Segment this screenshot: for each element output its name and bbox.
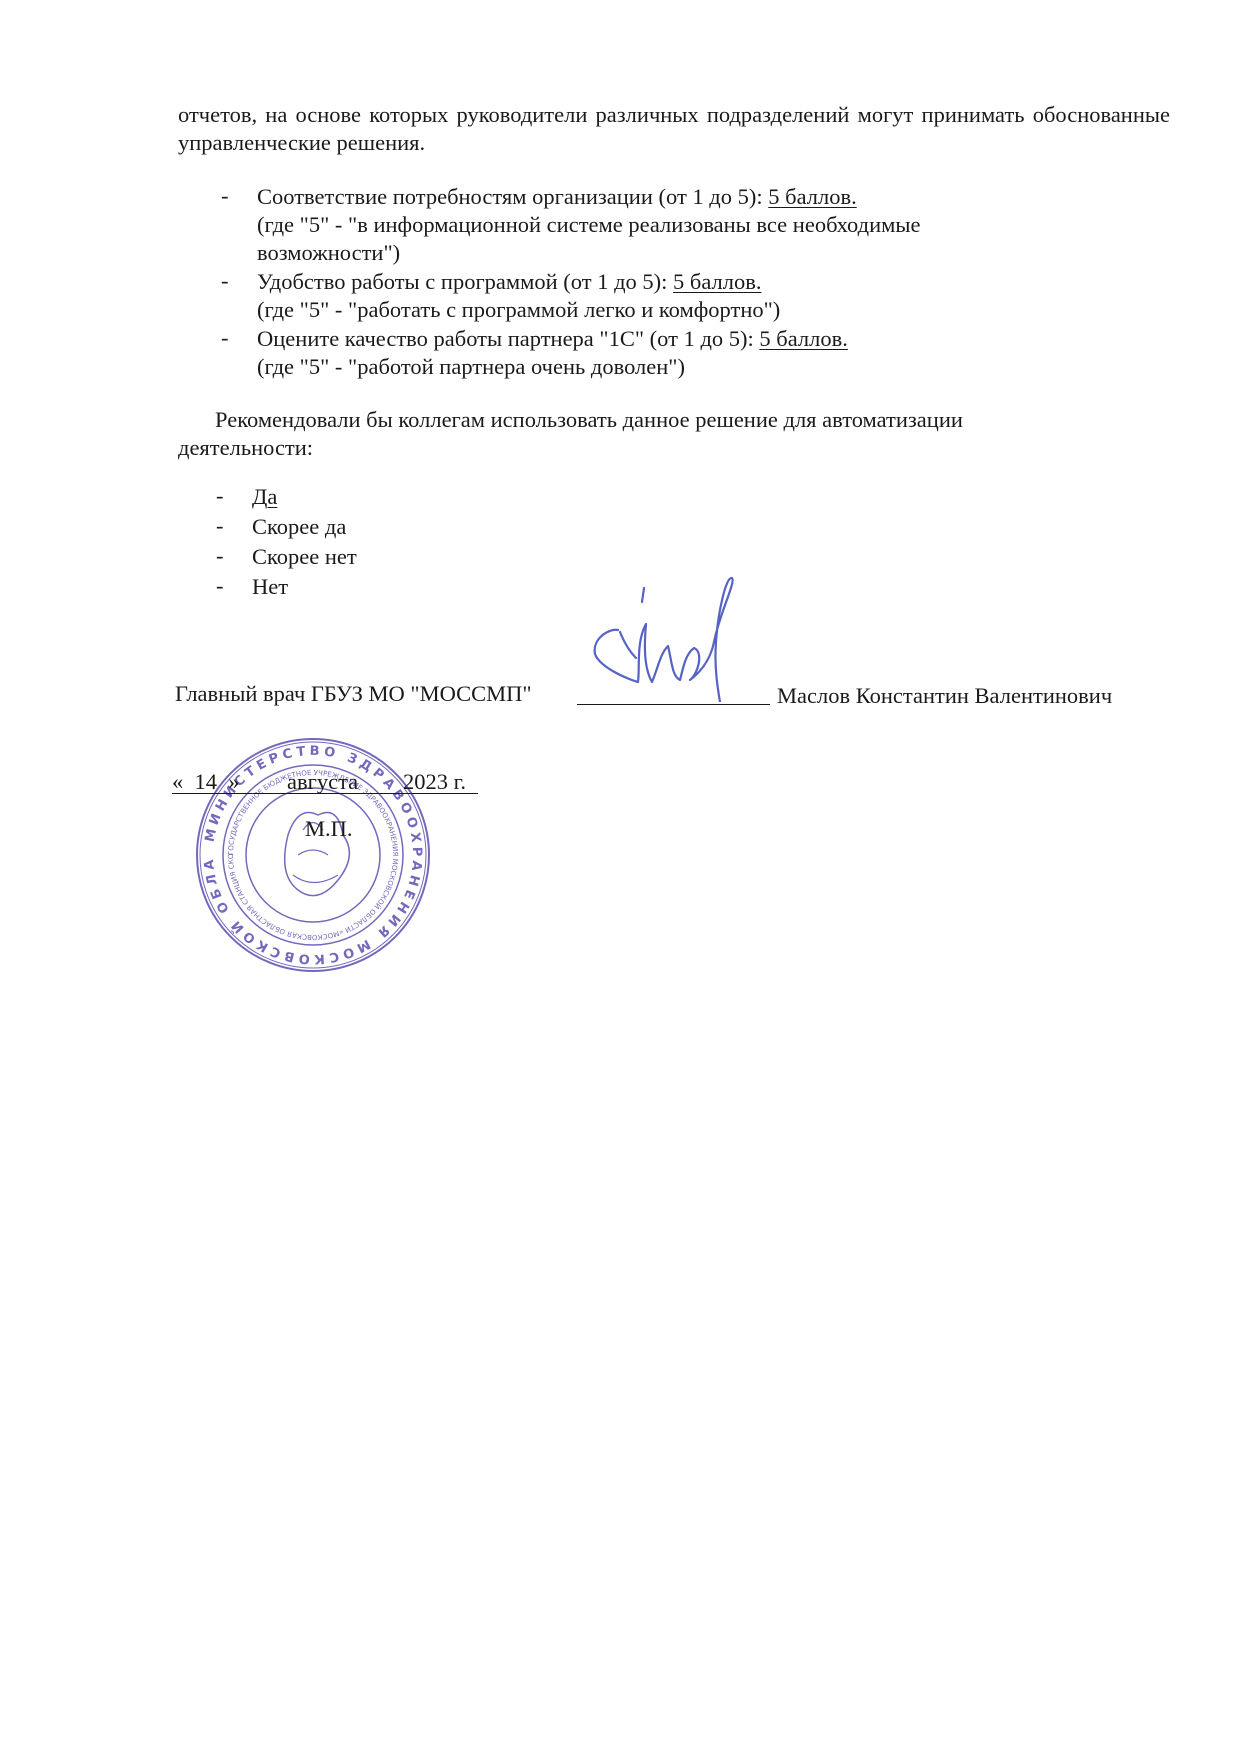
list-dash: - <box>216 512 224 540</box>
recommend-option: Скорее нет <box>252 543 357 571</box>
list-dash: - <box>221 324 229 352</box>
signer-name: Маслов Константин Валентинович <box>777 682 1112 710</box>
rating-note: (где "5" - "работать с программой легко … <box>257 296 780 324</box>
date-open-quote: « <box>172 769 183 794</box>
list-dash: - <box>216 542 224 570</box>
date-month: августа <box>287 768 358 796</box>
rating-question: Соответствие потребностям организации (о… <box>257 184 768 209</box>
recommend-question-cont: деятельности: <box>178 434 313 462</box>
handwritten-signature-icon <box>580 572 760 702</box>
rating-answer: 5 баллов. <box>768 184 856 209</box>
rating-question: Оцените качество работы партнера "1С" (о… <box>257 326 759 351</box>
list-dash: - <box>216 572 224 600</box>
rating-note: (где "5" - "работой партнера очень довол… <box>257 353 685 381</box>
signer-position: Главный врач ГБУЗ МО "МОССМП" <box>175 680 532 708</box>
intro-paragraph: отчетов, на основе которых руководители … <box>178 101 1170 157</box>
date-day-value: 14 <box>195 769 218 794</box>
rating-note: возможности") <box>257 239 400 267</box>
date-underline <box>172 793 478 794</box>
stamp-label: М.П. <box>305 815 353 843</box>
rating-answer: 5 баллов. <box>673 269 761 294</box>
rating-item-usability: Удобство работы с программой (от 1 до 5)… <box>257 268 762 296</box>
rating-answer: 5 баллов. <box>759 326 847 351</box>
recommend-question: Рекомендовали бы коллегам использовать д… <box>215 406 963 434</box>
recommend-option-selected: Да <box>252 483 277 511</box>
list-dash: - <box>221 267 229 295</box>
date-year: 2023 г. <box>403 768 466 796</box>
rating-item-needs: Соответствие потребностям организации (о… <box>257 183 857 211</box>
document-page: отчетов, на основе которых руководители … <box>0 0 1240 1753</box>
signature-line <box>577 704 770 705</box>
recommend-option: Скорее да <box>252 513 346 541</box>
recommend-option: Нет <box>252 573 288 601</box>
date-day: « 14 » <box>172 768 240 796</box>
rating-note: (где "5" - "в информационной системе реа… <box>257 211 921 239</box>
date-close-quote: » <box>228 769 239 794</box>
list-dash: - <box>216 482 224 510</box>
rating-item-partner: Оцените качество работы партнера "1С" (о… <box>257 325 848 353</box>
list-dash: - <box>221 182 229 210</box>
rating-question: Удобство работы с программой (от 1 до 5)… <box>257 269 673 294</box>
